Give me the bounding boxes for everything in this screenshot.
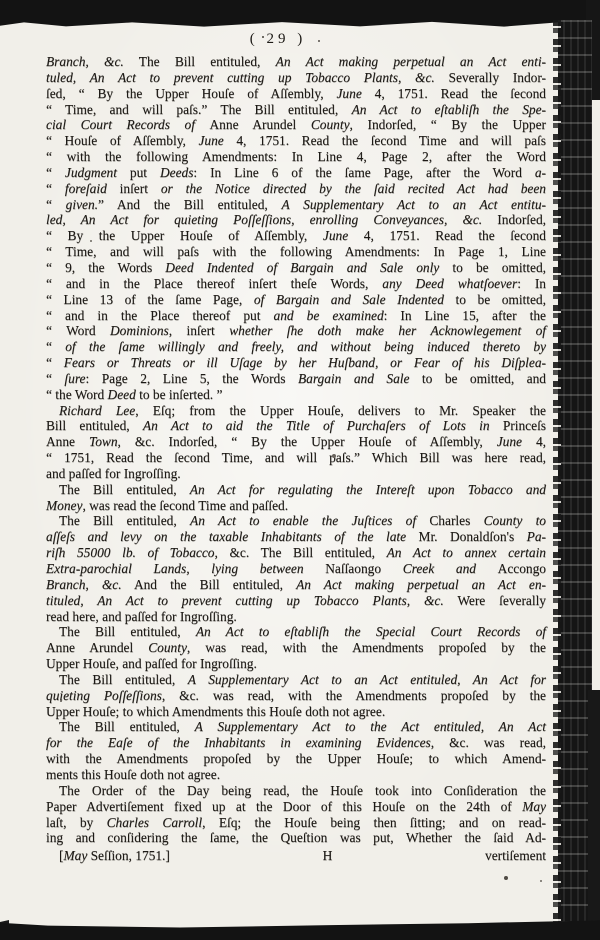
text-line: The Order of the Day being read, the Hou… <box>46 783 546 799</box>
text-segment: “ <box>46 339 65 354</box>
text-segment: foreſaid <box>65 181 107 196</box>
text-line: Bill entituled, An Act to aid the Title … <box>46 418 546 434</box>
text-segment: to be inſerted. ” <box>136 387 223 402</box>
text-segment: Anne <box>46 434 89 449</box>
text-segment: Anne Arundel <box>210 117 311 132</box>
text-line: cial Court Records of Anne Arundel Count… <box>46 117 546 133</box>
text-segment: Extra-parochial Lands, lying between <box>46 561 325 576</box>
text-segment: “ <box>46 165 65 180</box>
text-segment: ” And the Bill entituled, <box>98 197 281 212</box>
text-segment: : In <box>517 276 546 291</box>
text-segment: “ with the following Amendments: In Line… <box>46 149 546 164</box>
text-segment: , Eſq; from the Upper Houſe, delivers to… <box>135 403 546 418</box>
text-segment: ſed, “ By the Upper Houſe of Aſſembly, <box>46 86 336 101</box>
text-line: “ Time, and will paſs.” The Bill entitul… <box>46 102 546 118</box>
text-line: “ and in the Place thereof put and be ex… <box>46 308 546 324</box>
text-segment: , was read the ſecond Time and paſſed. <box>82 498 288 513</box>
text-segment: tituled, An Act to prevent cutting up To… <box>46 593 444 608</box>
text-segment: “ the Word <box>46 387 108 402</box>
text-segment: An Act to eſtabliſh the Spe- <box>352 102 546 117</box>
page-number-header: ( 29 ) <box>28 31 528 48</box>
text-segment: May <box>522 799 546 814</box>
text-segment: ſure <box>64 371 85 386</box>
text-segment: A Supplementary Act to an Act entitu- <box>282 197 547 212</box>
text-segment: ments this Houſe doth not agree. <box>46 767 220 782</box>
text-segment: read here, and paſſed for Ingroſſing. <box>46 609 237 624</box>
scan-bottom-edge <box>0 916 600 940</box>
text-line: “ of the ſame willingly and freely, and … <box>46 339 546 355</box>
text-line: “ Judgment put Deeds: In Line 6 of the ſ… <box>46 165 546 181</box>
text-segment: The Order of the Day being read, the Hou… <box>59 783 546 798</box>
text-segment: Charles <box>429 513 483 528</box>
text-line: “ the Word Deed to be inſerted. ” <box>46 387 546 403</box>
text-segment: “ 1751, Read the ſecond Time, and will p… <box>46 450 546 465</box>
scanned-document-page: ( 29 ) Branch, &c. The Bill entituled, A… <box>0 0 600 940</box>
text-segment: , Indorſed, “ By the Upper <box>350 117 546 132</box>
text-line: with the Amendments propoſed by the Uppe… <box>46 751 546 767</box>
text-segment: Upper Houſe, and paſſed for Ingroſſing. <box>46 656 257 671</box>
text-segment: Branch, &c. <box>46 54 124 69</box>
text-line: “ and in the Place thereof inſert theſe … <box>46 276 546 292</box>
text-line: The Bill entituled, A Supplementary Act … <box>46 719 546 735</box>
text-segment: to be omitted, and <box>409 371 546 386</box>
text-segment: An Act for regulating the Intereſt upon … <box>190 482 546 497</box>
text-segment: tuled, An Act to prevent cutting up Toba… <box>46 70 435 85</box>
footer-signature-mark: H <box>170 848 485 864</box>
text-line: ſed, “ By the Upper Houſe of Aſſembly, J… <box>46 86 546 102</box>
text-segment: , &c. The Bill entituled, <box>214 545 386 560</box>
text-line: Upper Houſe; to which Amendments this Ho… <box>46 704 546 720</box>
text-segment: Fears or Threats or ill Uſage by her Huſ… <box>64 355 546 370</box>
text-segment: “ and in the Place thereof put <box>46 308 274 323</box>
text-segment: Pa- <box>527 529 546 544</box>
text-segment: A Supplementary Act to the Act entituled… <box>195 719 546 734</box>
text-line: Richard Lee, Eſq; from the Upper Houſe, … <box>46 403 546 419</box>
text-line: Anne Arundel County, was read, with the … <box>46 640 546 656</box>
footer-session-label: [May Seſſion, 1751.] <box>46 848 170 864</box>
text-segment: cial Court Records of <box>46 117 210 132</box>
text-segment: “ <box>46 355 64 370</box>
text-line: for the Eaſe of the Inhabitants in exami… <box>46 735 546 751</box>
text-line: “ ſure: Page 2, Line 5, the Words Bargai… <box>46 371 546 387</box>
text-segment: laſt, by <box>46 815 107 830</box>
text-segment: of the ſame willingly and freely, and wi… <box>65 339 546 354</box>
text-segment: put <box>117 165 160 180</box>
text-segment: any Deed whatſoever <box>382 276 517 291</box>
text-line: “ Houſe of Aſſembly, June 4, 1751. Read … <box>46 133 546 149</box>
text-block: Branch, &c. The Bill entituled, An Act m… <box>46 54 546 846</box>
text-segment: Naſſaongo <box>325 561 402 576</box>
text-segment: Princeſs <box>503 418 546 433</box>
text-segment: June <box>336 86 361 101</box>
text-segment: Deed <box>108 387 136 402</box>
text-segment: An Act to enable the Juſtices of <box>190 513 429 528</box>
text-line: Money, was read the ſecond Time and paſſ… <box>46 498 546 514</box>
text-segment: and be examined <box>274 308 384 323</box>
scan-right-binding <box>558 20 592 940</box>
text-line: The Bill entituled, A Supplementary Act … <box>46 672 546 688</box>
text-segment: Upper Houſe; to which Amendments this Ho… <box>46 704 385 719</box>
text-segment: “ Houſe of Aſſembly, <box>46 133 198 148</box>
text-segment: riſh 55000 lb. of Tobacco <box>46 545 214 560</box>
text-segment: “ Time, and will paſs.” The Bill entitul… <box>46 102 352 117</box>
text-segment: , inſert <box>169 323 229 338</box>
text-segment: Bargain and Sale <box>298 371 410 386</box>
text-line: The Bill entituled, An Act to enable the… <box>46 513 546 529</box>
footer-catchword: vertiſement <box>485 848 546 864</box>
text-segment: given. <box>66 197 98 212</box>
text-segment: whether ſhe doth make her Acknowlegement… <box>229 323 546 338</box>
text-segment: to be omitted, <box>439 260 546 275</box>
text-segment: “ <box>46 181 65 196</box>
text-segment: “ 9, the Words <box>46 260 165 275</box>
text-segment: , was read, with the Amendments propoſed… <box>187 640 546 655</box>
text-line: riſh 55000 lb. of Tobacco, &c. The Bill … <box>46 545 546 561</box>
text-line: “ Time, and will paſs with the following… <box>46 244 546 260</box>
text-line: aſſeſs and levy on the taxable Inhabitan… <box>46 529 546 545</box>
text-segment: The Bill entituled, <box>59 513 190 528</box>
text-segment: : In Line 15, after the <box>384 308 546 323</box>
text-segment: “ <box>46 371 64 386</box>
text-segment: An Act to annex certain <box>387 545 546 560</box>
text-segment: led, An Act for quieting Poſſeſſions, en… <box>46 212 482 227</box>
text-segment: June <box>497 434 522 449</box>
text-segment: Indorſed, <box>482 212 546 227</box>
text-segment: : In Line 6 of the ſame Page, after the … <box>193 165 534 180</box>
text-segment: , Eſq; the Houſe being then ſitting; and… <box>202 815 546 830</box>
text-line: Branch, &c. The Bill entituled, An Act m… <box>46 54 546 70</box>
text-segment: Severally Indor- <box>435 70 546 85</box>
text-segment: June <box>323 228 348 243</box>
text-line: ments this Houſe doth not agree. <box>46 767 546 783</box>
text-segment: 4, <box>522 434 546 449</box>
text-line: “ 9, the Words Deed Indented of Bargain … <box>46 260 546 276</box>
text-segment: Deeds <box>160 165 193 180</box>
text-line: read here, and paſſed for Ingroſſing. <box>46 609 546 625</box>
text-line: Upper Houſe, and paſſed for Ingroſſing. <box>46 656 546 672</box>
text-segment: Money <box>46 498 82 513</box>
text-segment: ing and conſidering the ſame, the Queſti… <box>46 830 546 845</box>
text-line: led, An Act for quieting Poſſeſſions, en… <box>46 212 546 228</box>
text-segment: Dominions <box>110 323 169 338</box>
text-segment: Richard Lee <box>59 403 135 418</box>
text-segment: with the Amendments propoſed by the Uppe… <box>46 751 546 766</box>
text-line: The Bill entituled, An Act for regulatin… <box>46 482 546 498</box>
text-line: ing and conſidering the ſame, the Queſti… <box>46 830 546 846</box>
text-line: Paper Advertiſement fixed up at the Door… <box>46 799 546 815</box>
text-line: “ with the following Amendments: In Line… <box>46 149 546 165</box>
text-segment: of Bargain and Sale Indented <box>254 292 444 307</box>
text-line: “ By the Upper Houſe of Aſſembly, June 4… <box>46 228 546 244</box>
text-line: laſt, by Charles Carroll, Eſq; the Houſe… <box>46 815 546 831</box>
text-line: “ Line 13 of the ſame Page, of Bargain a… <box>46 292 546 308</box>
scan-top-edge <box>0 0 600 28</box>
text-segment: The Bill entituled, <box>124 54 276 69</box>
text-line: and paſſed for Ingroſſing. <box>46 466 546 482</box>
text-segment: June <box>198 133 223 148</box>
text-segment: “ By the Upper Houſe of Aſſembly, <box>46 228 323 243</box>
text-segment: Were ſeverally <box>444 593 546 608</box>
text-segment: An Act making perpetual an Act enti- <box>276 54 546 69</box>
text-segment: The Bill entituled, <box>59 672 188 687</box>
text-line: “ given.” And the Bill entituled, A Supp… <box>46 197 546 213</box>
text-line: The Bill entituled, An Act to eſtabliſh … <box>46 624 546 640</box>
text-segment: aſſeſs and levy on the taxable Inhabitan… <box>46 529 419 544</box>
text-segment: “ Line 13 of the ſame Page, <box>46 292 254 307</box>
text-segment: , &c. Indorſed, “ By the Upper Houſe of … <box>118 434 497 449</box>
text-segment: Judgment <box>65 165 117 180</box>
text-segment: Deed Indented of Bargain and Sale only <box>165 260 439 275</box>
text-segment: Town <box>89 434 118 449</box>
text-line: tuled, An Act to prevent cutting up Toba… <box>46 70 546 86</box>
text-segment: County <box>311 117 350 132</box>
text-segment: 4, 1751. Read the ſecond Time and will p… <box>224 133 546 148</box>
scan-binding-extension <box>588 690 600 940</box>
text-segment: “ <box>46 197 66 212</box>
text-segment: And the Bill entituled, <box>122 577 296 592</box>
text-segment: The Bill entituled, <box>59 719 195 734</box>
text-line: Branch, &c. And the Bill entituled, An A… <box>46 577 546 593</box>
text-segment: and paſſed for Ingroſſing. <box>46 466 181 481</box>
footer-row: [May Seſſion, 1751.] H vertiſement <box>46 848 546 864</box>
text-segment: inſert <box>107 181 161 196</box>
text-line: “ 1751, Read the ſecond Time, and will p… <box>46 450 546 466</box>
text-segment: “ Word <box>46 323 110 338</box>
text-segment: 4, 1751. Read the ſecond <box>348 228 546 243</box>
text-segment: a- <box>535 165 546 180</box>
text-segment: Mr. Donaldſon's <box>419 529 527 544</box>
text-segment: Branch, &c. <box>46 577 122 592</box>
text-segment: An Act making perpetual an Act en- <box>296 577 546 592</box>
text-segment: , &c. was read, with the Amendments prop… <box>162 688 546 703</box>
text-segment: The Bill entituled, <box>59 624 196 639</box>
text-line: “ Word Dominions, inſert whether ſhe dot… <box>46 323 546 339</box>
text-segment: An Act to aid the Title of Purchaſers of… <box>143 418 503 433</box>
text-segment: Creek and <box>403 561 498 576</box>
text-segment: for the Eaſe of the Inhabitants in exami… <box>46 735 431 750</box>
text-line: quieting Poſſeſſions, &c. was read, with… <box>46 688 546 704</box>
text-segment: A Supplementary Act to an Act entituled,… <box>188 672 546 687</box>
text-line: Anne Town, &c. Indorſed, “ By the Upper … <box>46 434 546 450</box>
text-segment: May <box>63 848 87 863</box>
text-segment: An Act to eſtabliſh the Special Court Re… <box>196 624 546 639</box>
text-segment: County to <box>484 513 546 528</box>
text-line: Extra-parochial Lands, lying between Naſ… <box>46 561 546 577</box>
text-segment: quieting Poſſeſſions <box>46 688 162 703</box>
text-segment: to be omitted, <box>444 292 546 307</box>
text-segment: Seſſion, 1751.] <box>87 848 170 863</box>
text-segment: Anne Arundel <box>46 640 148 655</box>
text-segment: , &c. was read, <box>431 735 546 750</box>
text-segment: The Bill entituled, <box>59 482 190 497</box>
text-line: “ foreſaid inſert or the Notice directed… <box>46 181 546 197</box>
text-segment: Paper Advertiſement fixed up at the Door… <box>46 799 522 814</box>
text-segment: 4, 1751. Read the ſecond <box>362 86 546 101</box>
text-line: tituled, An Act to prevent cutting up To… <box>46 593 546 609</box>
text-segment: Accongo <box>498 561 546 576</box>
text-segment: or the Notice directed by the ſaid recit… <box>161 181 546 196</box>
text-segment: “ Time, and will paſs with the following… <box>46 244 546 259</box>
text-segment: County <box>148 640 187 655</box>
text-segment: “ and in the Place thereof inſert theſe … <box>46 276 382 291</box>
text-segment: Charles Carroll <box>107 815 202 830</box>
text-segment: : Page 2, Line 5, the Words <box>86 371 298 386</box>
text-line: “ Fears or Threats or ill Uſage by her H… <box>46 355 546 371</box>
text-segment: Bill entituled, <box>46 418 143 433</box>
